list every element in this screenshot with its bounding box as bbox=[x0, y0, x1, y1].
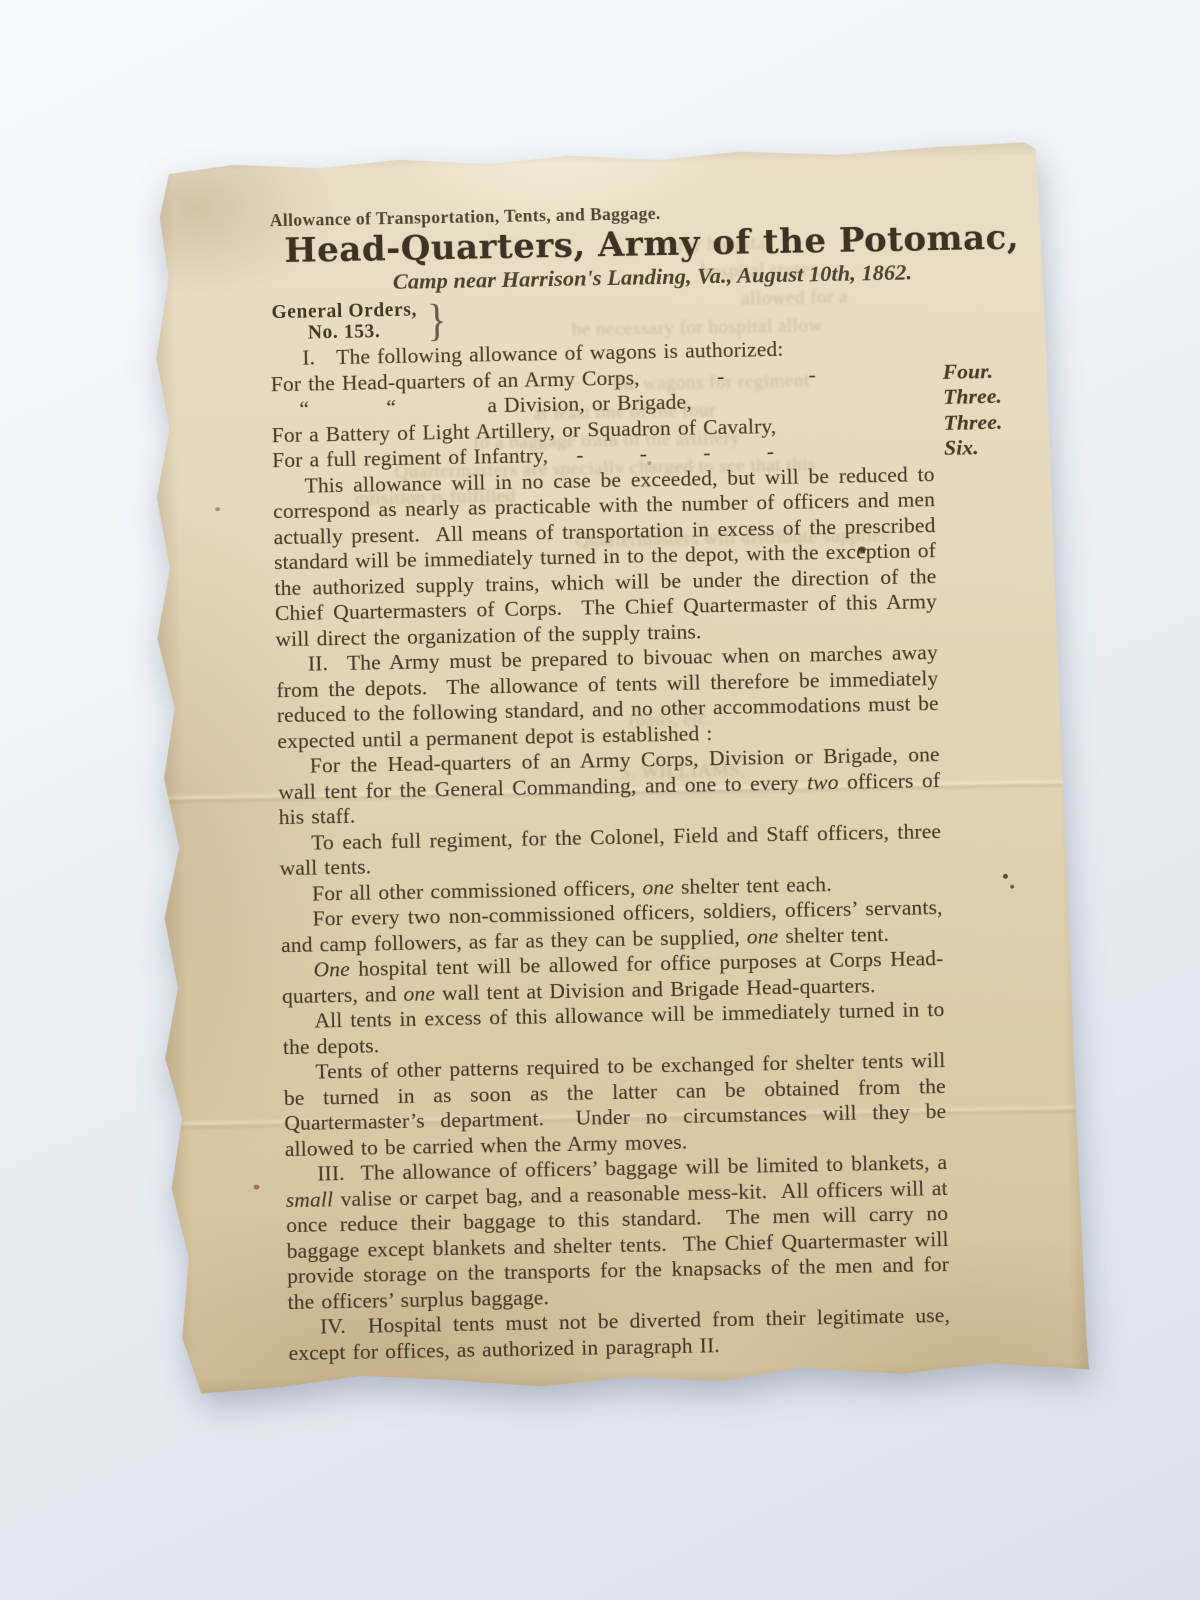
body-paragraphs: This allowance will in no case be exceed… bbox=[272, 462, 950, 1366]
wagon-allowance-table: For the Head-quarters of an Army Corps, … bbox=[271, 358, 1040, 474]
photo-background: carry hospitalhospital stores,allowed fo… bbox=[0, 0, 1200, 1600]
paragraph: Tents of other patterns required to be e… bbox=[283, 1048, 947, 1162]
paragraph: II. The Army must be prepared to bivouac… bbox=[276, 640, 940, 754]
wagon-row-value: Four. bbox=[942, 358, 1037, 385]
paragraph: III. The allowance of officers’ baggage … bbox=[285, 1150, 950, 1315]
document-content: Allowance of Transportation, Tents, and … bbox=[139, 142, 1090, 1405]
orders-label: General Orders, bbox=[271, 300, 417, 324]
orders-brace: } bbox=[427, 296, 447, 345]
wagon-row-value: Three. bbox=[943, 383, 1038, 410]
document-paper: carry hospitalhospital stores,allowed fo… bbox=[139, 142, 1090, 1405]
orders-number: No. 153. bbox=[308, 321, 418, 344]
wagon-row-value: Six. bbox=[944, 434, 1039, 461]
paragraph: IV. Hospital tents must not be diverted … bbox=[288, 1303, 951, 1366]
wagon-row-value: Three. bbox=[943, 409, 1038, 436]
paragraph: This allowance will in no case be exceed… bbox=[272, 462, 937, 653]
paragraph: For the Head-quarters of an Army Corps, … bbox=[278, 742, 941, 831]
document-paper-wrap: carry hospitalhospital stores,allowed fo… bbox=[139, 142, 1090, 1405]
